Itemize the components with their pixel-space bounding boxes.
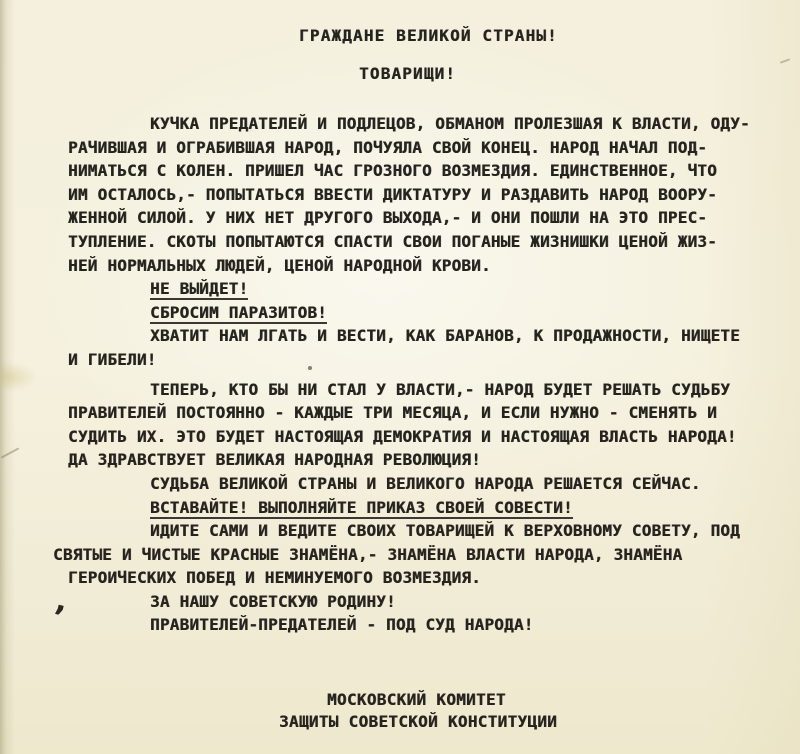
stray-pencil-dash xyxy=(780,58,790,63)
text-line: ДА ЗДРАВСТВУЕТ ВЕЛИКАЯ НАРОДНАЯ РЕВОЛЮЦИ… xyxy=(68,448,778,472)
text-line: ИМ ОСТАЛОСЬ,- ПОПЫТАТЬСЯ ВВЕСТИ ДИКТАТУР… xyxy=(68,183,778,207)
text-line-content: ПРАВИТЕЛЕЙ ПОСТОЯННО - КАЖДЫЕ ТРИ МЕСЯЦА… xyxy=(68,403,717,422)
text-line-content: КУЧКА ПРЕДАТЕЛЕЙ И ПОДЛЕЦОВ, ОБМАНОМ ПРО… xyxy=(150,114,750,133)
paper-smudge xyxy=(0,362,38,392)
underlined-slogan: НЕ ВЫЙДЕТ! xyxy=(150,279,248,300)
text-line-content: СУДЬБА ВЕЛИКОЙ СТРАНЫ И ВЕЛИКОГО НАРОДА … xyxy=(150,474,701,493)
text-line: ПРАВИТЕЛЕЙ-ПРЕДАТЕЛЕЙ - ПОД СУД НАРОДА! xyxy=(68,613,778,637)
text-line: ГЕРОИЧЕСКИХ ПОБЕД И НЕМИНУЕМОГО ВОЗМЕЗДИ… xyxy=(68,566,778,590)
text-line-content: ПРАВИТЕЛЕЙ-ПРЕДАТЕЛЕЙ - ПОД СУД НАРОДА! xyxy=(150,615,533,634)
footer-committee-name: МОСКОВСКИЙ КОМИТЕТ xyxy=(327,690,506,709)
text-line: СУДЬБА ВЕЛИКОЙ СТРАНЫ И ВЕЛИКОГО НАРОДА … xyxy=(68,472,778,496)
footer-committee-subtitle: ЗАЩИТЫ СОВЕТСКОЙ КОНСТИТУЦИИ xyxy=(279,712,557,731)
text-line-content: ТЕПЕРЬ, КТО БЫ НИ СТАЛ У ВЛАСТИ,- НАРОД … xyxy=(150,380,730,399)
underlined-slogan: ВСТАВАЙТЕ! ВЫПОЛНЯЙТЕ ПРИКАЗ СВОЕЙ СОВЕС… xyxy=(150,498,573,519)
text-line-content: ЖЕННОЙ СИЛОЙ. У НИХ НЕТ ДРУГОГО ВЫХОДА,-… xyxy=(68,208,707,227)
text-line: НИМАТЬСЯ С КОЛЕН. ПРИШЕЛ ЧАС ГРОЗНОГО ВО… xyxy=(68,159,778,183)
text-line-content: И ГИБЕЛИ! xyxy=(68,350,157,369)
text-line: ЖЕННОЙ СИЛОЙ. У НИХ НЕТ ДРУГОГО ВЫХОДА,-… xyxy=(68,206,778,230)
text-line-content: НЕЙ НОРМАЛЬНЫХ ЛЮДЕЙ, ЦЕНОЙ НАРОДНОЙ КРО… xyxy=(68,256,491,275)
text-line: СБРОСИМ ПАРАЗИТОВ! xyxy=(68,301,778,325)
document-body: КУЧКА ПРЕДАТЕЛЕЙ И ПОДЛЕЦОВ, ОБМАНОМ ПРО… xyxy=(68,112,778,637)
text-line-content: РАЧИВШАЯ И ОГРАБИВШАЯ НАРОД, ПОЧУЯЛА СВО… xyxy=(68,138,707,157)
text-line: ИДИТЕ САМИ И ВЕДИТЕ СВОИХ ТОВАРИЩЕЙ К ВЕ… xyxy=(68,519,778,543)
text-line-content: НИМАТЬСЯ С КОЛЕН. ПРИШЕЛ ЧАС ГРОЗНОГО ВО… xyxy=(68,161,717,180)
document-subtitle: ТОВАРИЩИ! xyxy=(359,64,456,83)
text-line: ВСТАВАЙТЕ! ВЫПОЛНЯЙТЕ ПРИКАЗ СВОЕЙ СОВЕС… xyxy=(68,496,778,520)
text-line: СВЯТЫЕ И ЧИСТЫЕ КРАСНЫЕ ЗНАМЁНА,- ЗНАМЁН… xyxy=(53,543,778,567)
text-line-content: СУДИТЬ ИХ. ЭТО БУДЕТ НАСТОЯЩАЯ ДЕМОКРАТИ… xyxy=(68,427,737,446)
text-line: ЗА НАШУ СОВЕТСКУЮ РОДИНУ! xyxy=(68,590,778,614)
text-line: НЕ ВЫЙДЕТ! xyxy=(68,277,778,301)
text-line: ТУПЛЕНИЕ. СКОТЫ ПОПЫТАЮТСЯ СПАСТИ СВОИ П… xyxy=(68,230,778,254)
text-line: СУДИТЬ ИХ. ЭТО БУДЕТ НАСТОЯЩАЯ ДЕМОКРАТИ… xyxy=(68,425,778,449)
scanned-leaflet-page: ГРАЖДАНЕ ВЕЛИКОЙ СТРАНЫ! ТОВАРИЩИ! КУЧКА… xyxy=(0,0,800,754)
paper-crease-mark xyxy=(1,447,20,458)
document-title: ГРАЖДАНЕ ВЕЛИКОЙ СТРАНЫ! xyxy=(299,26,558,45)
text-line: И ГИБЕЛИ! xyxy=(68,348,778,372)
text-line-content: ИМ ОСТАЛОСЬ,- ПОПЫТАТЬСЯ ВВЕСТИ ДИКТАТУР… xyxy=(68,185,717,204)
text-line-content: ЗА НАШУ СОВЕТСКУЮ РОДИНУ! xyxy=(150,592,396,611)
text-line: ПРАВИТЕЛЕЙ ПОСТОЯННО - КАЖДЫЕ ТРИ МЕСЯЦА… xyxy=(68,401,778,425)
text-line-content: ГЕРОИЧЕСКИХ ПОБЕД И НЕМИНУЕМОГО ВОЗМЕЗДИ… xyxy=(68,568,481,587)
text-line: ТЕПЕРЬ, КТО БЫ НИ СТАЛ У ВЛАСТИ,- НАРОД … xyxy=(68,378,778,402)
text-line-content: ТУПЛЕНИЕ. СКОТЫ ПОПЫТАЮТСЯ СПАСТИ СВОИ П… xyxy=(68,232,717,251)
underlined-slogan: СБРОСИМ ПАРАЗИТОВ! xyxy=(150,303,327,324)
text-line: НЕЙ НОРМАЛЬНЫХ ЛЮДЕЙ, ЦЕНОЙ НАРОДНОЙ КРО… xyxy=(68,254,778,278)
text-line: ХВАТИТ НАМ ЛГАТЬ И ВЕСТИ, КАК БАРАНОВ, К… xyxy=(68,324,778,348)
text-line-content: ИДИТЕ САМИ И ВЕДИТЕ СВОИХ ТОВАРИЩЕЙ К ВЕ… xyxy=(150,521,740,540)
text-line-content: ДА ЗДРАВСТВУЕТ ВЕЛИКАЯ НАРОДНАЯ РЕВОЛЮЦИ… xyxy=(68,450,481,469)
text-line: КУЧКА ПРЕДАТЕЛЕЙ И ПОДЛЕЦОВ, ОБМАНОМ ПРО… xyxy=(68,112,778,136)
text-line-content: СВЯТЫЕ И ЧИСТЫЕ КРАСНЫЕ ЗНАМЁНА,- ЗНАМЁН… xyxy=(53,545,682,564)
text-line: РАЧИВШАЯ И ОГРАБИВШАЯ НАРОД, ПОЧУЯЛА СВО… xyxy=(68,136,778,160)
stray-ink-dot xyxy=(308,366,312,370)
text-line-content: ХВАТИТ НАМ ЛГАТЬ И ВЕСТИ, КАК БАРАНОВ, К… xyxy=(150,326,740,345)
